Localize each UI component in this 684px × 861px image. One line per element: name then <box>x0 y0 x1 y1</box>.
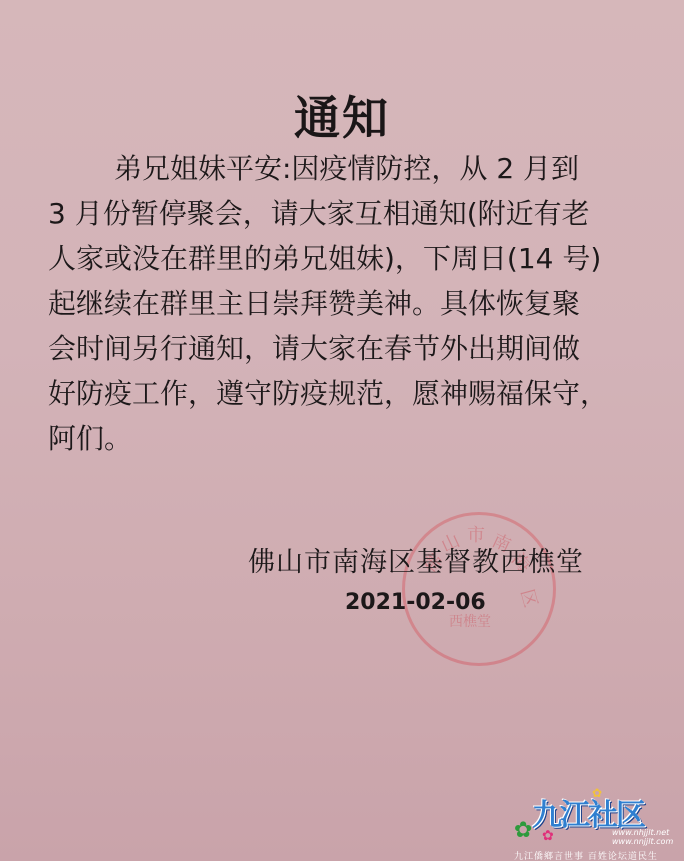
seal-char: 区 <box>515 586 545 610</box>
body-line: 人家或没在群里的弟兄姐妹)，下周日(14 号) <box>48 236 638 281</box>
notice-document: 通知 弟兄姐妹平安:因疫情防控，从 2 月到 3 月份暂停聚会，请大家互相通知(… <box>0 0 684 861</box>
signature: 佛山市南海区基督教西樵堂 <box>248 540 584 579</box>
notice-body: 弟兄姐妹平安:因疫情防控，从 2 月到 3 月份暂停聚会，请大家互相通知(附近有… <box>48 146 638 461</box>
body-line: 3 月份暂停聚会，请大家互相通知(附近有老 <box>48 191 638 236</box>
notice-title: 通知 <box>0 82 684 148</box>
green-flower-icon: ✿ <box>514 818 532 843</box>
notice-date: 2021-02-06 <box>345 590 486 615</box>
body-line: 阿们。 <box>48 416 638 461</box>
logo-urls: www.nhjjlt.net www.nnjjlt.com <box>612 828 673 846</box>
logo-url-line: www.nnjjlt.com <box>612 837 673 846</box>
body-line: 起继续在群里主日崇拜赞美神。具体恢复聚 <box>48 281 638 326</box>
logo-url-line: www.nhjjlt.net <box>612 828 673 837</box>
red-seal-stamp: 佛 山 市 南 海 区 西樵堂 <box>402 512 556 666</box>
body-line: 好防疫工作，遵守防疫规范，愿神赐福保守， <box>48 371 638 416</box>
body-line: 会时间另行通知，请大家在春节外出期间做 <box>48 326 638 371</box>
body-line: 弟兄姐妹平安:因疫情防控，从 2 月到 <box>48 146 638 191</box>
watermark-logo: ✿ ✿ ✿ 九江社区 www.nhjjlt.net www.nnjjlt.com… <box>512 790 682 860</box>
logo-slogan: 九江僑鄉言世事 百姓论坛道民生 <box>514 849 658 861</box>
